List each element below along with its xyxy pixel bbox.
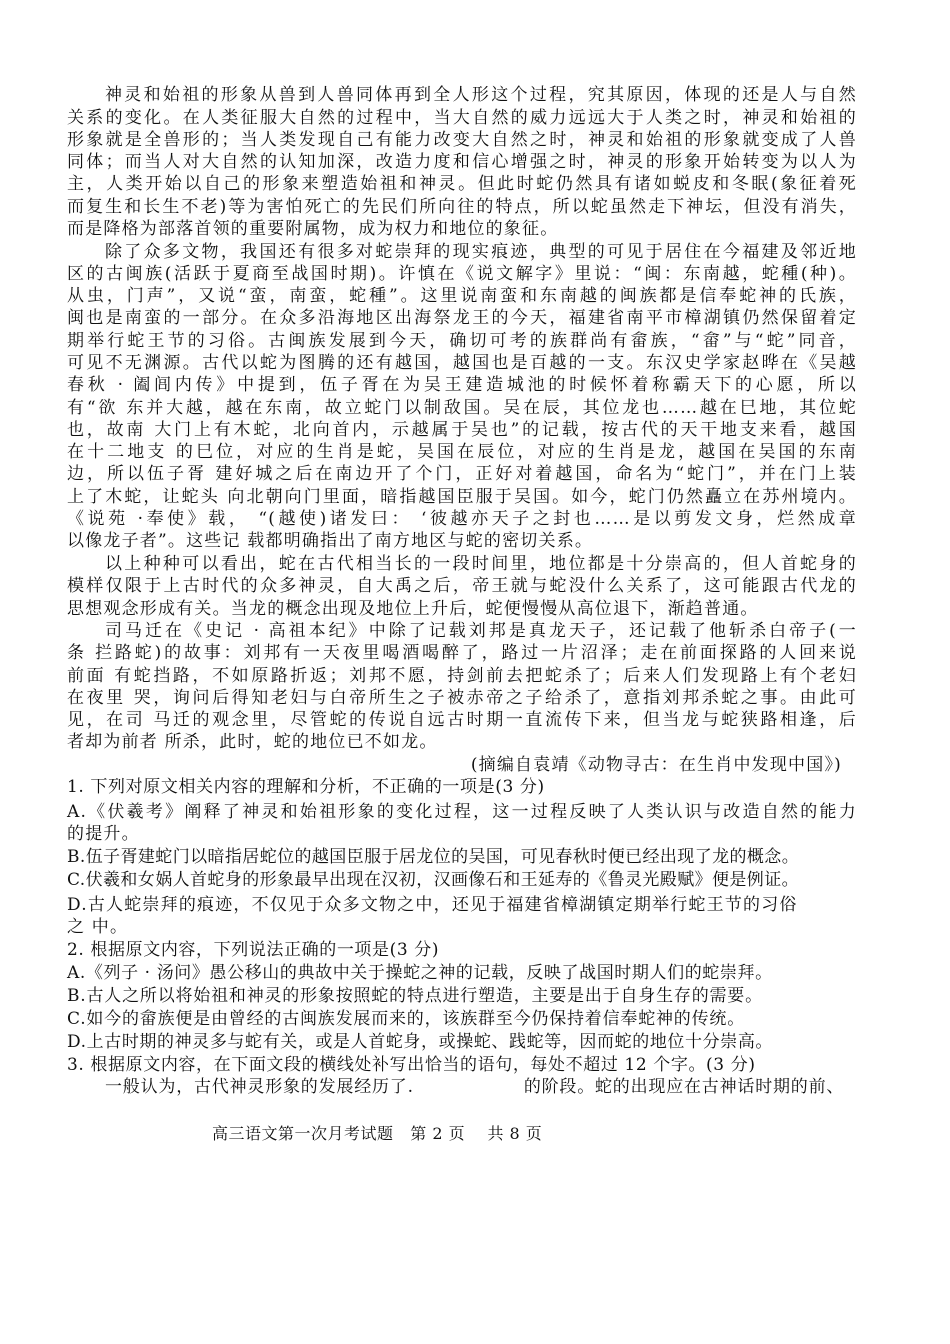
question-1-stem: 1. 下列对原文相关内容的理解和分析，不正确的一项是(3 分): [67, 776, 857, 798]
passage-p2-line: 闽也是南蛮的一部分。在众多沿海地区出海祭龙王的今天，福建省南平市樟湖镇仍然保留着…: [67, 307, 857, 329]
question-2-stem: 2. 根据原文内容，下列说法正确的一项是(3 分): [67, 939, 857, 961]
passage-p2-line: 除了众多文物，我国还有很多对蛇崇拜的现实痕迹，典型的可见于居住在今福建及邻近地: [67, 241, 857, 263]
passage-p3-line: 模样仅限于上古时代的众多神灵，自大禹之后，帝王就与蛇没什么关系了，这可能跟古代龙…: [67, 575, 857, 597]
question-3-text-after: 的阶段。蛇的出现应在古神话时期的前、: [524, 1077, 844, 1097]
passage-p2-line: 可见不无渊源。古代以蛇为图腾的还有越国，越国也是百越的一支。东汉史学家赵晔在《吴…: [67, 352, 857, 374]
passage-p2-line: 有“欲 东并大越，越在东南，故立蛇门以制敌国。吴在辰，其位龙也……越在巳地，其位…: [67, 397, 857, 419]
passage-p1-line: 主，人类开始以自己的形象来塑造始祖和神灵。但此时蛇仍然具有诸如蜕皮和冬眠(象征着…: [67, 173, 857, 195]
passage-p1-line: 关系的变化。在人类征服大自然的过程中，当大自然的威力远远大于人类之时，神灵和始祖…: [67, 107, 857, 129]
exam-page: 神灵和始祖的形象从兽到人兽同体再到全人形这个过程，究其原因，体现的还是人与自然 …: [0, 0, 950, 1344]
question-2-option-d: D.上古时期的神灵多与蛇有关，或是人首蛇身，或操蛇、践蛇等，因而蛇的地位十分崇高…: [67, 1031, 857, 1053]
passage-p1-line: 而复生和长生不老)等为害怕死亡的先民们所向往的特点，所以蛇虽然走下神坛，但没有消…: [67, 196, 857, 218]
passage-p2-line: 春秋 · 阖闾内传》中提到，伍子胥在为吴王建造城池的时候怀着称霸天下的心愿，所以: [67, 374, 857, 396]
passage-p4-line: 者却为前者 所杀，此时，蛇的地位已不如龙。: [67, 731, 857, 753]
passage-p4-line: 前面 有蛇挡路，不如原路折返；刘邦不愿，持剑前去把蛇杀了；后来人们发现路上有个老…: [67, 665, 857, 687]
passage-p2-line: 期举行蛇王节的习俗。古闽族发展到今天，确切可考的族群尚有畲族，“畲”与“蛇”同音…: [67, 330, 857, 352]
passage-p1-line: 神灵和始祖的形象从兽到人兽同体再到全人形这个过程，究其原因，体现的还是人与自然: [67, 84, 857, 106]
passage-p1-line: 形象就是全兽形的；当人类发现自己有能力改变大自然之时，神灵和始祖的形象就变成了人…: [67, 129, 857, 151]
question-1-option-a-cont: 的提升。: [67, 823, 857, 845]
question-1-option-c: C.伏羲和女娲人首蛇身的形象最早出现在汉初，汉画像石和王延寿的《鲁灵光殿赋》便是…: [67, 869, 857, 891]
passage-p2-line: 边，所以伍子胥 建好城之后在南边开了个门，正好对着越国，命名为“蛇门”，并在门上…: [67, 463, 857, 485]
question-2-option-c: C.如今的畲族便是由曾经的古闽族发展而来的，该族群至今仍保持着信奉蛇神的传统。: [67, 1008, 857, 1030]
passage-p2-line: 上了木蛇，让蛇头 向北朝向门里面，暗指越国臣服于吴国。如今，蛇门仍然矗立在苏州境…: [67, 486, 857, 508]
question-1-option-d: D.古人蛇崇拜的痕迹，不仅见于众多文物之中，还见于福建省樟湖镇定期举行蛇王节的习…: [67, 894, 857, 916]
passage-p1-line: 同体；而当人对大自然的认知加深，改造力度和信心增强之时，神灵的形象开始转变为以人…: [67, 151, 857, 173]
passage-p2-line: 从虫，门声”，又说“蛮，南蛮，蛇種”。这里说南蛮和东南越的闽族都是信奉蛇神的氏族…: [67, 285, 857, 307]
passage-p4-line: 条 拦路蛇)的故事：刘邦有一天夜里喝酒喝醉了，路过一片沼泽；走在前面探路的人回来…: [67, 642, 857, 664]
passage-p3-line: 以上种种可以看出，蛇在古代相当长的一段时间里，地位都是十分崇高的，但人首蛇身的: [67, 553, 857, 575]
passage-p4-line: 见，在司 马迁的观念里，尽管蛇的传说自远古时期一直流传下来，但当龙与蛇狭路相逢，…: [67, 709, 857, 731]
question-1-option-d-cont: 之 中。: [67, 916, 857, 938]
passage-p4-line: 在夜里 哭，询问后得知老妇与白帝所生之子被赤帝之子给杀了，意指刘邦杀蛇之事。由此…: [67, 687, 857, 709]
passage-p2-line: 以像龙子者”。这些记 载都明确指出了南方地区与蛇的密切关系。: [67, 530, 857, 552]
passage-p4-line: 司马迁在《史记 · 高祖本纪》中除了记载刘邦是真龙天子，还记载了他斩杀白帝子(一: [67, 620, 857, 642]
passage-p2-line: 在十二地支 的巳位，对应的生肖是蛇，吴国在辰位，对应的生肖是龙，越国在吴国的东南: [67, 441, 857, 463]
passage-p3-line: 思想观念形成有关。当龙的概念出现及地位上升后，蛇便慢慢从高位退下，渐趋普通。: [67, 598, 857, 620]
passage-p2-line: 也，故南 大门上有木蛇，北向首内，示越属于吴也”的记载，按古代的天干地支来看，越…: [67, 419, 857, 441]
question-1-option-b: B.伍子胥建蛇门以暗指居蛇位的越国臣服于居龙位的吴国，可见春秋时便已经出现了龙的…: [67, 846, 857, 868]
question-2-option-a: A.《列子 · 汤问》愚公移山的典故中关于操蛇之神的记载，反映了战国时期人们的蛇…: [67, 962, 857, 984]
passage-p2-line: 区的古闽族(活跃于夏商至战国时期)。许慎在《说文解字》里说：“闽：东南越，蛇種(…: [67, 263, 857, 285]
page-footer: 高三语文第一次月考试题 第 2 页 共 8 页: [212, 1123, 542, 1145]
passage-p2-line: 《说苑 ·奉使》载， “(越使)诸发曰： ‘彼越亦天子之封也……是以剪发文身，烂…: [67, 508, 857, 530]
passage-source: (摘编自袁靖《动物寻古：在生肖中发现中国》): [67, 754, 842, 776]
question-3-stem: 3. 根据原文内容，在下面文段的横线处补写出恰当的语句，每处不超过 12 个字。…: [67, 1054, 857, 1076]
question-1-option-a: A.《伏羲考》阐释了神灵和始祖形象的变化过程，这一过程反映了人类认识与改造自然的…: [67, 801, 857, 823]
question-3-body: 一般认为，古代神灵形象的发展经历了.的阶段。蛇的出现应在古神话时期的前、: [67, 1076, 857, 1098]
question-3-text-before: 一般认为，古代神灵形象的发展经历了.: [105, 1077, 414, 1097]
passage-p1-line: 而是降格为部落首领的重要附属物，成为权力和地位的象征。: [67, 218, 857, 240]
question-2-option-b: B.古人之所以将始祖和神灵的形象按照蛇的特点进行塑造，主要是出于自身生存的需要。: [67, 985, 857, 1007]
